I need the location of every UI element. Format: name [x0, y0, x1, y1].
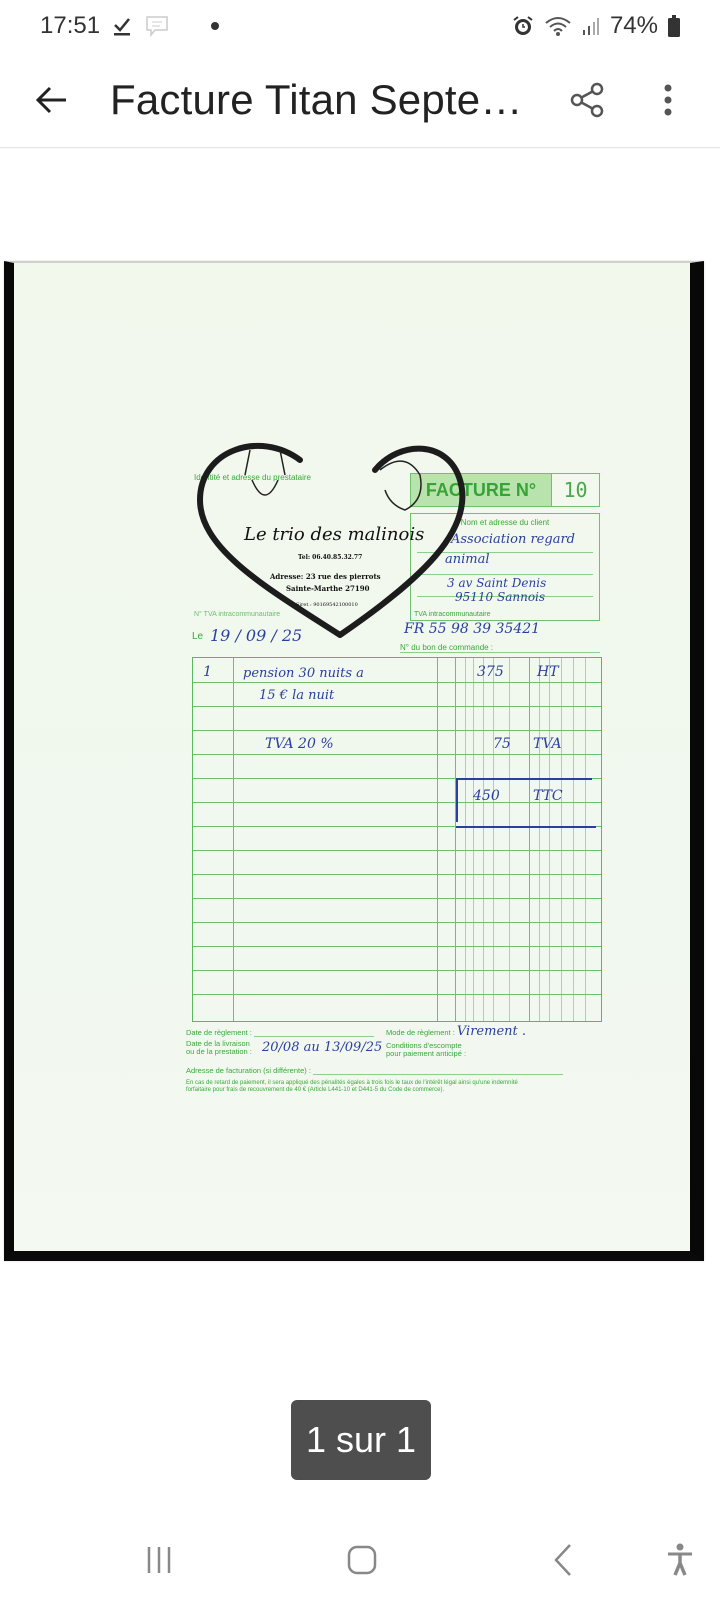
arrow-left-icon [34, 82, 70, 118]
home-icon [346, 1544, 378, 1576]
logo-siret: Siret : 90169542100010 [296, 602, 358, 608]
accessibility-button[interactable] [650, 1530, 710, 1590]
recent-apps-icon [145, 1545, 175, 1575]
more-vertical-icon [663, 83, 673, 117]
page-indicator: 1 sur 1 [291, 1400, 431, 1480]
line-1-qty: 1 [203, 664, 212, 680]
payment-mode-value: Virement . [457, 1024, 526, 1039]
line-1-description: pension 30 nuits a [243, 666, 364, 681]
invoice-number: 10 [551, 474, 599, 506]
accessibility-icon [665, 1543, 695, 1577]
legal-line-2: forfaitaire pour frais de recouvrement d… [186, 1087, 518, 1094]
document-title: Facture Titan Septe… [110, 76, 530, 124]
line-1-unit: HT [537, 664, 559, 680]
back-button[interactable] [24, 72, 80, 128]
status-bar: 17:51 74% [0, 0, 720, 52]
wifi-icon [544, 15, 572, 37]
battery-icon [668, 15, 680, 37]
more-options-button[interactable] [640, 72, 696, 128]
logo-address-1: Adresse: 23 rue des pierrots [270, 572, 381, 581]
home-button[interactable] [332, 1530, 392, 1590]
delivery-value: 20/08 au 13/09/25 [262, 1040, 382, 1055]
alarm-icon [512, 15, 534, 37]
back-nav-button[interactable] [534, 1530, 594, 1590]
navigation-bar [0, 1520, 720, 1600]
total-amount: 450 [473, 788, 500, 804]
line-2-amount: 75 [493, 736, 511, 752]
dot-icon [210, 21, 220, 31]
line-1-amount: 375 [477, 664, 504, 680]
line-2-unit: TVA [533, 736, 562, 752]
line-1-description-2: 15 € la nuit [259, 688, 334, 703]
status-time: 17:51 [40, 12, 100, 40]
battery-percent: 74% [610, 12, 658, 40]
app-bar: Facture Titan Septe… [0, 52, 720, 148]
payment-mode-label: Mode de règlement : [386, 1028, 455, 1037]
company-logo: Le trio des malinois Tel: 06.40.85.32.77… [190, 430, 480, 655]
chat-notification-icon [144, 14, 170, 38]
scanned-invoice: Identité et adresse du prestataire FACTU… [14, 263, 690, 1251]
document-viewer[interactable]: Identité et adresse du prestataire FACTU… [0, 149, 720, 1479]
signal-icon [582, 16, 600, 36]
document-page[interactable]: Identité et adresse du prestataire FACTU… [4, 261, 704, 1261]
share-icon [569, 81, 607, 119]
billing-address-label: Adresse de facturation (si différente) : [186, 1066, 311, 1075]
share-button[interactable] [560, 72, 616, 128]
delivery-label-2: ou de la prestation : [186, 1048, 252, 1056]
invoice-lines-table: 1 pension 30 nuits a 15 € la nuit 375 HT… [192, 657, 602, 1022]
back-icon [552, 1543, 576, 1577]
discount-label-2: pour paiement anticipé : [386, 1050, 466, 1058]
payment-date-label: Date de règlement : [186, 1028, 252, 1037]
logo-phone: Tel: 06.40.85.32.77 [298, 554, 362, 561]
logo-address-2: Sainte-Marthe 27190 [286, 584, 369, 593]
logo-name: Le trio des malinois [244, 524, 424, 545]
recent-apps-button[interactable] [130, 1530, 190, 1590]
line-2-description: TVA 20 % [265, 736, 334, 752]
total-unit: TTC [533, 788, 563, 804]
legal-line-1: En cas de retard de paiement, il sera ap… [186, 1080, 518, 1087]
task-done-icon [112, 15, 132, 37]
